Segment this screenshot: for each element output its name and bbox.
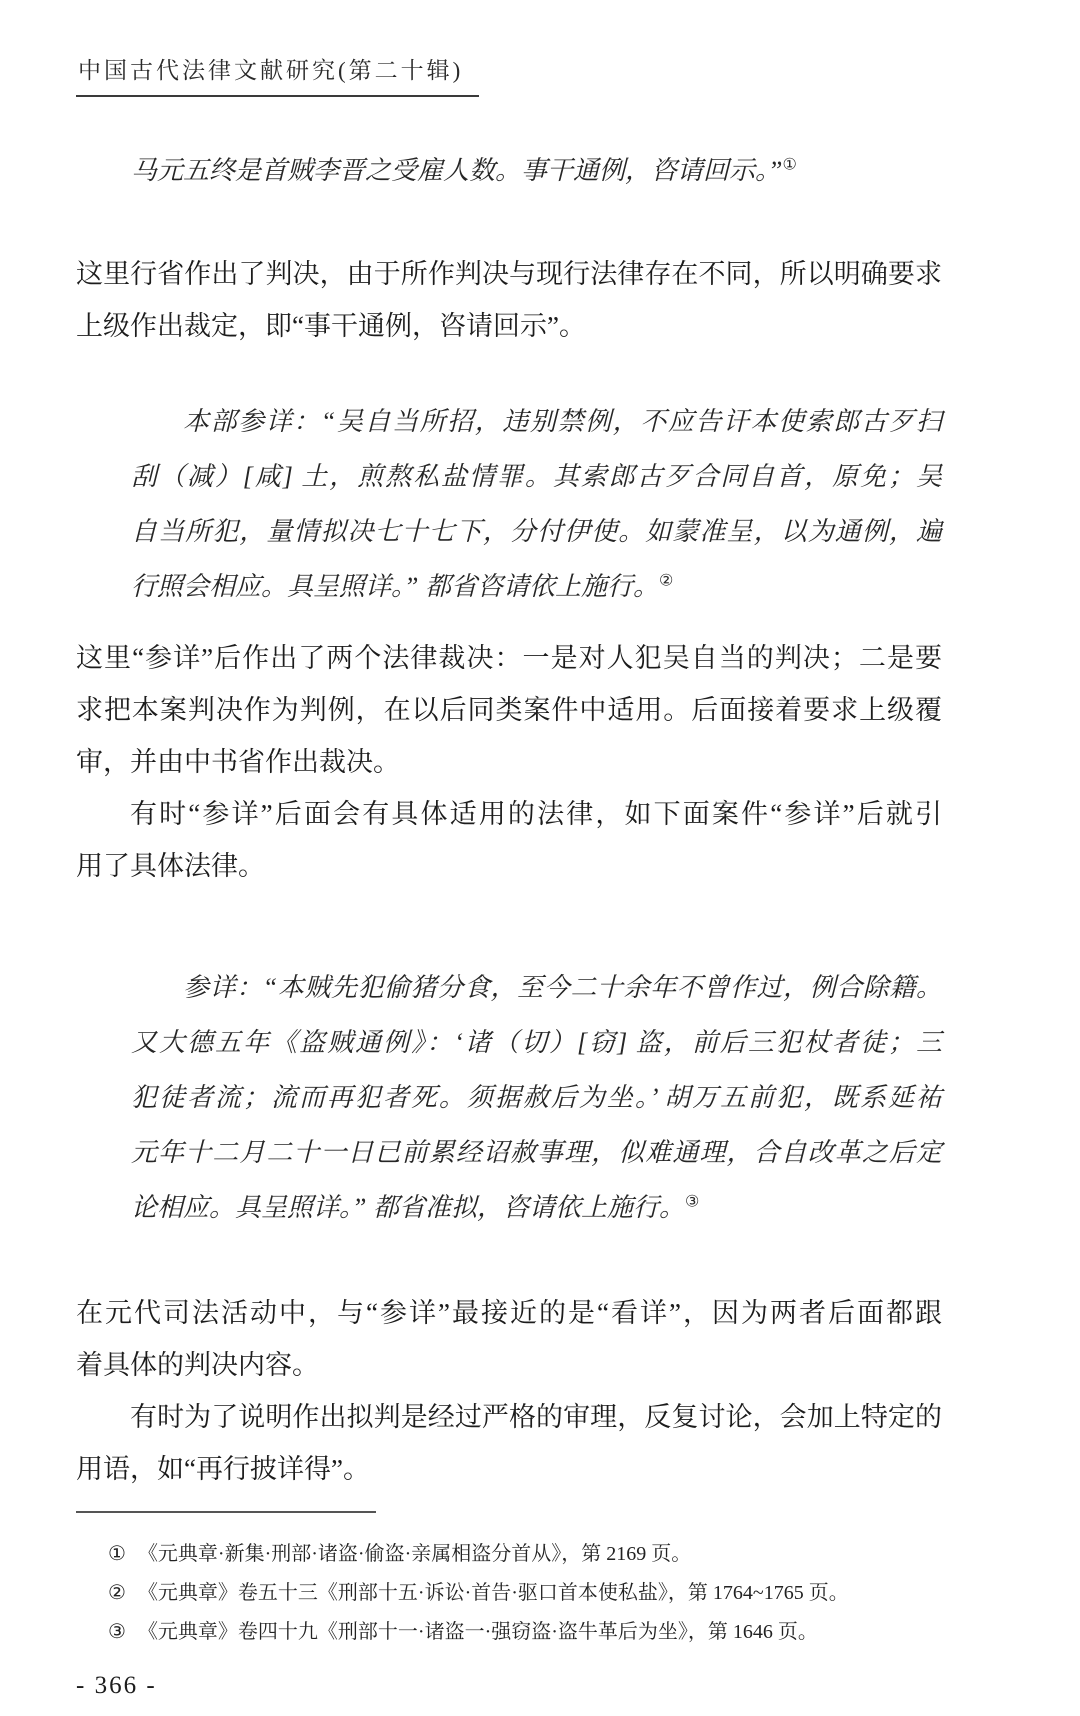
text-line: 又大德五年《盗贼通例》：‘诸（切）[窃] 盗，前后三犯杖者徒；三 <box>131 1015 942 1070</box>
line-text: 用语，如“再行披详得”。 <box>76 1454 370 1484</box>
line-text: 用了具体法律。 <box>76 851 265 881</box>
quote-block: 参详：“本贼先犯偷猪分食，至今二十余年不曾作过，例合除籍。又大德五年《盗贼通例》… <box>131 960 942 1235</box>
text-line: 论相应。具呈照详。” 都省准拟，咨请依上施行。③ <box>131 1180 942 1235</box>
text-line: 马元五终是首贼李晋之受雇人数。事干通例，咨请回示。”① <box>131 143 942 198</box>
line-text: 求把本案判决作为判例，在以后同类案件中适用。后面接着要求上级覆 <box>76 695 942 725</box>
text-line: 求把本案判决作为判例，在以后同类案件中适用。后面接着要求上级覆 <box>76 684 942 736</box>
text-line: 审，并由中书省作出裁决。 <box>76 736 942 788</box>
footnote-item: ①《元典章·新集·刑部·诸盗·偷盗·亲属相盗分首从》，第 2169 页。 <box>108 1535 942 1574</box>
text-line: 有时为了说明作出拟判是经过严格的审理，反复讨论，会加上特定的 <box>76 1391 942 1443</box>
footnote-marker: ③ <box>685 1193 699 1210</box>
line-text: 有时“参详”后面会有具体适用的法律，如下面案件“参详”后就引 <box>130 799 942 829</box>
text-line: 犯徒者流；流而再犯者死。须据赦后为坐。’ 胡万五前犯，既系延祐 <box>131 1070 942 1125</box>
line-text: 审，并由中书省作出裁决。 <box>76 747 400 777</box>
footnote-item: ③《元典章》卷四十九《刑部十一·诸盗一·强窃盗·盗牛革后为坐》，第 1646 页… <box>108 1613 942 1652</box>
paragraph: 在元代司法活动中，与“参详”最接近的是“看详”，因为两者后面都跟着具体的判决内容… <box>76 1287 942 1391</box>
footnote-marker: ① <box>782 156 796 173</box>
footnote-text: 《元典章》卷五十三《刑部十五·诉讼·首告·驱口首本使私盐》，第 1764~176… <box>138 1582 849 1604</box>
line-text: 元年十二月二十一日已前累经诏赦事理，似难通理，合自改革之后定 <box>131 1138 942 1167</box>
text-line: 上级作出裁定，即“事干通例，咨请回示”。 <box>76 300 942 352</box>
text-line: 用了具体法律。 <box>76 840 942 892</box>
footnotes: ①《元典章·新集·刑部·诸盗·偷盗·亲属相盗分首从》，第 2169 页。②《元典… <box>76 1535 942 1652</box>
footnote-item: ②《元典章》卷五十三《刑部十五·诉讼·首告·驱口首本使私盐》，第 1764~17… <box>108 1574 942 1613</box>
quote-block: 本部参详：“吴自当所招，违别禁例，不应告讦本使索郎古歹扫刮（减）[咸] 土，煎熬… <box>131 394 942 614</box>
running-header-title: 中国古代法律文献研究(第二十辑) <box>78 58 463 83</box>
paragraph: 有时为了说明作出拟判是经过严格的审理，反复讨论，会加上特定的用语，如“再行披详得… <box>76 1391 942 1495</box>
text-line: 行照会相应。具呈照详。” 都省咨请依上施行。② <box>131 559 942 614</box>
text-line: 着具体的判决内容。 <box>76 1339 942 1391</box>
footnote-number: ② <box>108 1582 126 1604</box>
text-line: 元年十二月二十一日已前累经诏赦事理，似难通理，合自改革之后定 <box>131 1125 942 1180</box>
line-text: 参详：“本贼先犯偷猪分食，至今二十余年不曾作过，例合除籍。 <box>183 973 942 1002</box>
paragraph: 这里行省作出了判决，由于所作判决与现行法律存在不同，所以明确要求上级作出裁定，即… <box>76 248 942 352</box>
text-line: 参详：“本贼先犯偷猪分食，至今二十余年不曾作过，例合除籍。 <box>131 960 942 1015</box>
text-line: 自当所犯，量情拟决七十七下，分付伊使。如蒙准呈，以为通例，遍 <box>131 504 942 559</box>
line-text: 行照会相应。具呈照详。” 都省咨请依上施行。 <box>131 572 659 601</box>
line-text: 论相应。具呈照详。” 都省准拟，咨请依上施行。 <box>131 1193 685 1222</box>
book-page: 中国古代法律文献研究(第二十辑) 马元五终是首贼李晋之受雇人数。事干通例，咨请回… <box>0 0 1080 1716</box>
text-line: 这里行省作出了判决，由于所作判决与现行法律存在不同，所以明确要求 <box>76 248 942 300</box>
footnote-text: 《元典章·新集·刑部·诸盗·偷盗·亲属相盗分首从》，第 2169 页。 <box>138 1543 691 1565</box>
line-text: 刮（减）[咸] 土，煎熬私盐情罪。其索郎古歹合同自首，原免；吴 <box>131 462 942 491</box>
line-text: 自当所犯，量情拟决七十七下，分付伊使。如蒙准呈，以为通例，遍 <box>131 517 942 546</box>
line-text: 上级作出裁定，即“事干通例，咨请回示”。 <box>76 311 586 341</box>
paragraph: 有时“参详”后面会有具体适用的法律，如下面案件“参详”后就引用了具体法律。 <box>76 788 942 892</box>
quote-block: 马元五终是首贼李晋之受雇人数。事干通例，咨请回示。”① <box>131 143 942 198</box>
line-text: 又大德五年《盗贼通例》：‘诸（切）[窃] 盗，前后三犯杖者徒；三 <box>131 1028 942 1057</box>
line-text: 本部参详：“吴自当所招，违别禁例，不应告讦本使索郎古歹扫 <box>183 407 942 436</box>
text-line: 在元代司法活动中，与“参详”最接近的是“看详”，因为两者后面都跟 <box>76 1287 942 1339</box>
text-line: 有时“参详”后面会有具体适用的法律，如下面案件“参详”后就引 <box>76 788 942 840</box>
line-text: 这里行省作出了判决，由于所作判决与现行法律存在不同，所以明确要求 <box>76 259 942 289</box>
running-header: 中国古代法律文献研究(第二十辑) <box>76 52 479 97</box>
text-line: 本部参详：“吴自当所招，违别禁例，不应告讦本使索郎古歹扫 <box>131 394 942 449</box>
footnote-number: ① <box>108 1543 126 1565</box>
page-body: 马元五终是首贼李晋之受雇人数。事干通例，咨请回示。”①这里行省作出了判决，由于所… <box>76 143 942 1495</box>
page-number: - 366 - <box>76 1672 942 1700</box>
footnote-text: 《元典章》卷四十九《刑部十一·诸盗一·强窃盗·盗牛革后为坐》，第 1646 页。 <box>138 1621 818 1643</box>
footnote-number: ③ <box>108 1621 126 1643</box>
line-text: 马元五终是首贼李晋之受雇人数。事干通例，咨请回示。” <box>131 156 782 185</box>
text-line: 刮（减）[咸] 土，煎熬私盐情罪。其索郎古歹合同自首，原免；吴 <box>131 449 942 504</box>
line-text: 犯徒者流；流而再犯者死。须据赦后为坐。’ 胡万五前犯，既系延祐 <box>131 1083 942 1112</box>
text-line: 这里“参详”后作出了两个法律裁决：一是对人犯吴自当的判决；二是要 <box>76 632 942 684</box>
footnote-separator <box>76 1511 376 1513</box>
line-text: 有时为了说明作出拟判是经过严格的审理，反复讨论，会加上特定的 <box>130 1402 942 1432</box>
footnote-marker: ② <box>659 572 673 589</box>
line-text: 这里“参详”后作出了两个法律裁决：一是对人犯吴自当的判决；二是要 <box>76 643 942 673</box>
paragraph: 这里“参详”后作出了两个法律裁决：一是对人犯吴自当的判决；二是要求把本案判决作为… <box>76 632 942 788</box>
text-line: 用语，如“再行披详得”。 <box>76 1443 942 1495</box>
line-text: 着具体的判决内容。 <box>76 1350 319 1380</box>
line-text: 在元代司法活动中，与“参详”最接近的是“看详”，因为两者后面都跟 <box>76 1298 942 1328</box>
